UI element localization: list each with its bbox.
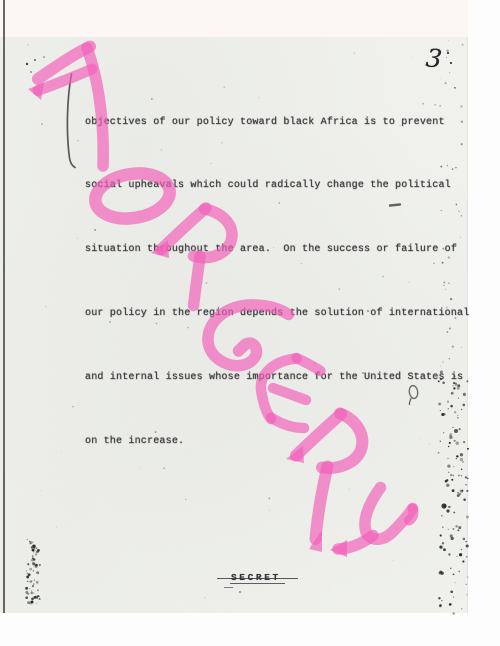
margin-pencil-line bbox=[67, 74, 75, 168]
forgery-letter-e bbox=[261, 358, 321, 428]
forgery-letter-f bbox=[28, 47, 103, 167]
forgery-letter-o bbox=[92, 168, 173, 223]
forgery-letter-r1 bbox=[151, 208, 232, 306]
forgery-letter-y bbox=[330, 488, 413, 558]
scanned-document-screenshot: 3 objectives of our policy toward black … bbox=[0, 0, 500, 646]
forgery-letter-r2 bbox=[286, 414, 362, 553]
forgery-letter-g bbox=[208, 305, 289, 366]
dash-mark bbox=[390, 205, 400, 206]
forgery-stamp bbox=[28, 47, 413, 558]
balloon-mark bbox=[408, 385, 418, 405]
annotations-overlay bbox=[0, 0, 500, 646]
